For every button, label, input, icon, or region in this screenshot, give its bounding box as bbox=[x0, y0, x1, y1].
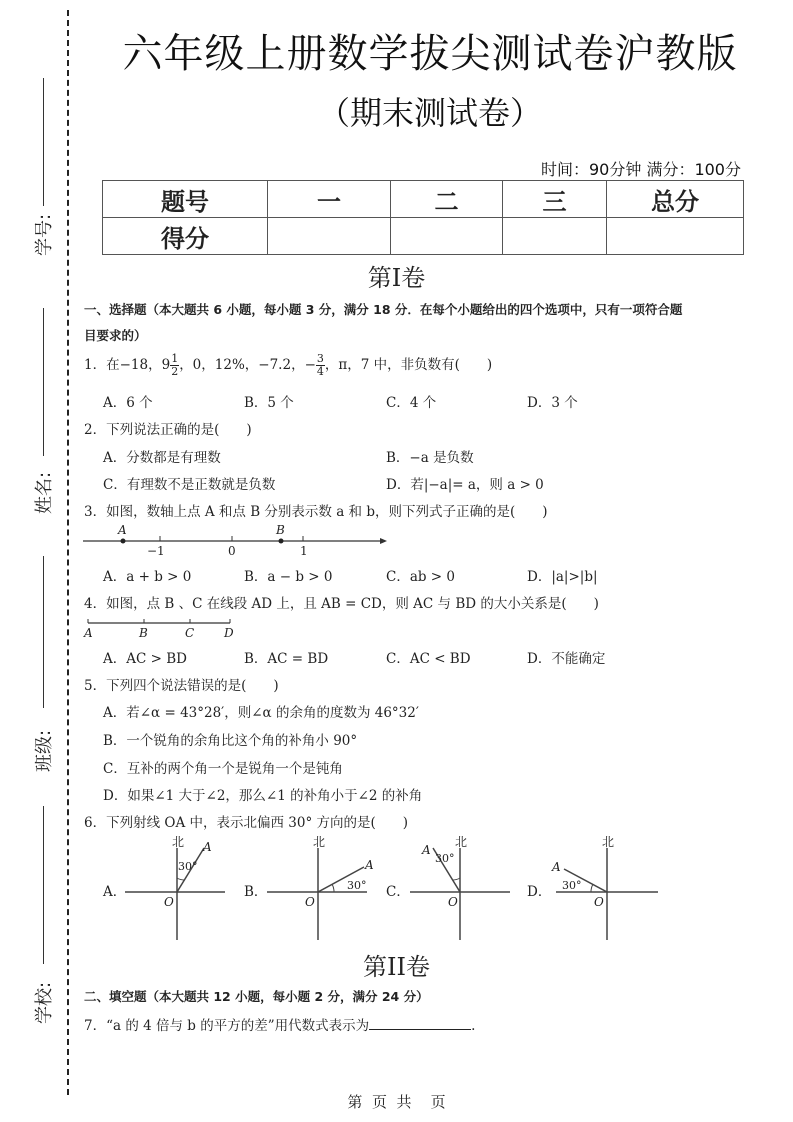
section-1-heading: 一、选择题（本大题共 6 小题，每小题 3 分，满分 18 分．在每个小题给出的… bbox=[84, 300, 682, 318]
fraction: 12 bbox=[170, 353, 179, 378]
school-line bbox=[43, 806, 44, 964]
option-d[interactable]: D．不能确定 bbox=[527, 647, 605, 667]
svg-text:0: 0 bbox=[228, 544, 236, 558]
question-tail: . bbox=[471, 1018, 475, 1034]
angle-label: 30° bbox=[435, 852, 455, 865]
option-b[interactable]: B．AC = BD bbox=[244, 647, 328, 667]
score-table-header-row: 题号 一 二 三 总分 bbox=[103, 181, 744, 218]
segment-figure: A B C D bbox=[82, 616, 242, 642]
option-c[interactable]: C．4 个 bbox=[386, 391, 436, 411]
student-id-label: 学号: bbox=[30, 214, 56, 256]
question-number: 6． bbox=[84, 815, 106, 831]
section-1-heading-cont: 目要求的） bbox=[84, 326, 147, 344]
option-a[interactable]: A．6 个 bbox=[103, 391, 153, 411]
score-table-score-row: 得分 bbox=[103, 218, 744, 255]
class-line bbox=[43, 556, 44, 708]
question-number: 5． bbox=[84, 678, 106, 694]
question-text: 下列四个说法错误的是( ) bbox=[106, 678, 279, 694]
option-b[interactable]: B．5 个 bbox=[244, 391, 294, 411]
question-6: 6．下列射线 OA 中，表示北偏西 30° 方向的是( ) bbox=[84, 811, 408, 831]
north-label: 北 bbox=[455, 835, 467, 849]
origin-label: O bbox=[594, 895, 604, 909]
denominator: 2 bbox=[170, 366, 179, 378]
number-line-figure: A B −1 0 1 bbox=[80, 522, 400, 558]
north-label: 北 bbox=[172, 835, 184, 849]
question-number: 3． bbox=[84, 504, 106, 520]
score-input-cell[interactable] bbox=[607, 218, 744, 255]
option-c[interactable]: C．有理数不是正数就是负数 bbox=[103, 473, 275, 493]
origin-label: O bbox=[448, 895, 458, 909]
compass-figure-c: 北 A 30° O bbox=[405, 834, 515, 942]
svg-text:A: A bbox=[117, 523, 127, 537]
name-line bbox=[43, 308, 44, 456]
svg-text:1: 1 bbox=[300, 544, 308, 558]
question-3: 3．如图，数轴上点 A 和点 B 分别表示数 a 和 b，则下列式子正确的是( … bbox=[84, 500, 548, 520]
ray-label: A bbox=[421, 843, 431, 857]
question-number: 7． bbox=[84, 1018, 106, 1034]
compass-figure-b: 北 A 30° O bbox=[262, 834, 377, 942]
ray-label: A bbox=[364, 858, 374, 872]
svg-text:C: C bbox=[185, 626, 194, 640]
exam-subtitle: （期末测试卷） bbox=[100, 88, 760, 134]
option-a[interactable]: A．分数都是有理数 bbox=[103, 446, 221, 466]
angle-label: 30° bbox=[562, 879, 582, 892]
question-2: 2．下列说法正确的是( ) bbox=[84, 418, 252, 438]
score-input-cell[interactable] bbox=[268, 218, 391, 255]
score-cell: 三 bbox=[503, 181, 607, 218]
answer-blank[interactable] bbox=[369, 1017, 471, 1030]
exam-title: 六年级上册数学拔尖测试卷沪教版 bbox=[100, 22, 760, 79]
score-input-cell[interactable] bbox=[391, 218, 503, 255]
question-text: ，0，12%，−7.2，− bbox=[179, 357, 316, 373]
class-label: 班级: bbox=[30, 730, 56, 772]
ray-label: A bbox=[202, 840, 212, 854]
section-2-heading: 二、填空题（本大题共 12 小题，每小题 2 分，满分 24 分） bbox=[84, 987, 429, 1005]
svg-text:B: B bbox=[275, 523, 285, 537]
svg-text:A: A bbox=[83, 626, 93, 640]
svg-text:−1: −1 bbox=[147, 544, 165, 558]
svg-text:D: D bbox=[223, 626, 234, 640]
question-text: 下列射线 OA 中，表示北偏西 30° 方向的是( ) bbox=[106, 815, 408, 831]
option-d[interactable]: D．|a|>|b| bbox=[527, 565, 598, 585]
student-id-line bbox=[43, 78, 44, 206]
option-b[interactable]: B．−a 是负数 bbox=[386, 446, 474, 466]
question-number: 1． bbox=[84, 357, 106, 373]
page-footer: 第 页 共 页 bbox=[0, 1091, 793, 1112]
school-label: 学校: bbox=[30, 982, 56, 1024]
question-text: 如图，数轴上点 A 和点 B 分别表示数 a 和 b，则下列式子正确的是( ) bbox=[106, 504, 547, 520]
score-table: 题号 一 二 三 总分 得分 bbox=[102, 180, 744, 255]
option-c[interactable]: C．AC < BD bbox=[386, 647, 471, 667]
compass-figure-d: 北 A 30° O bbox=[548, 834, 663, 942]
angle-label: 30° bbox=[347, 879, 367, 892]
question-text: 在−18，9 bbox=[106, 357, 170, 373]
option-d[interactable]: D．如果∠1 大于∠2，那么∠1 的补角小于∠2 的补角 bbox=[103, 784, 422, 804]
question-1: 1．在−18，912，0，12%，−7.2，−34，π，7 中，非负数有( ) bbox=[84, 353, 492, 378]
binding-dashed-line bbox=[67, 10, 69, 1095]
name-label: 姓名: bbox=[30, 472, 56, 514]
compass-figure-a: 北 A 30° O bbox=[120, 834, 230, 942]
question-4: 4．如图，点 B 、C 在线段 AD 上，且 AB = CD，则 AC 与 BD… bbox=[84, 592, 599, 612]
option-a[interactable]: A．AC > BD bbox=[103, 647, 187, 667]
exam-meta: 时间：90分钟 满分：100分 bbox=[541, 157, 741, 180]
score-cell: 得分 bbox=[103, 218, 268, 255]
score-cell: 一 bbox=[268, 181, 391, 218]
denominator: 4 bbox=[316, 366, 325, 378]
question-number: 2． bbox=[84, 422, 106, 438]
question-text: ，π，7 中，非负数有( ) bbox=[325, 357, 492, 373]
option-b[interactable]: B．一个锐角的余角比这个角的补角小 90° bbox=[103, 729, 357, 749]
north-label: 北 bbox=[602, 835, 614, 849]
score-input-cell[interactable] bbox=[503, 218, 607, 255]
ray-label: A bbox=[551, 860, 561, 874]
option-c[interactable]: C．互补的两个角一个是锐角一个是钝角 bbox=[103, 757, 343, 777]
score-cell: 二 bbox=[391, 181, 503, 218]
score-cell: 题号 bbox=[103, 181, 268, 218]
question-7: 7．“a 的 4 倍与 b 的平方的差”用代数式表示为. bbox=[84, 1014, 475, 1034]
question-5: 5．下列四个说法错误的是( ) bbox=[84, 674, 279, 694]
score-cell: 总分 bbox=[607, 181, 744, 218]
option-a[interactable]: A．a + b > 0 bbox=[103, 565, 191, 585]
volume-2-title: 第II卷 bbox=[0, 947, 793, 982]
volume-1-title: 第I卷 bbox=[0, 258, 793, 293]
question-text: 如图，点 B 、C 在线段 AD 上，且 AB = CD，则 AC 与 BD 的… bbox=[106, 596, 599, 612]
question-text: 下列说法正确的是( ) bbox=[106, 422, 252, 438]
option-b[interactable]: B．a − b > 0 bbox=[244, 565, 333, 585]
option-c[interactable]: C．ab > 0 bbox=[386, 565, 455, 585]
question-number: 4． bbox=[84, 596, 106, 612]
svg-text:B: B bbox=[138, 626, 148, 640]
option-d[interactable]: D．3 个 bbox=[527, 391, 578, 411]
option-d[interactable]: D．若|−a|= a，则 a > 0 bbox=[386, 473, 544, 493]
origin-label: O bbox=[164, 895, 174, 909]
origin-label: O bbox=[305, 895, 315, 909]
question-text: “a 的 4 倍与 b 的平方的差”用代数式表示为 bbox=[106, 1018, 369, 1034]
fraction: 34 bbox=[316, 353, 325, 378]
angle-label: 30° bbox=[178, 860, 198, 873]
north-label: 北 bbox=[313, 835, 325, 849]
option-a[interactable]: A．若∠α = 43°28′，则∠α 的余角的度数为 46°32′ bbox=[103, 701, 419, 721]
